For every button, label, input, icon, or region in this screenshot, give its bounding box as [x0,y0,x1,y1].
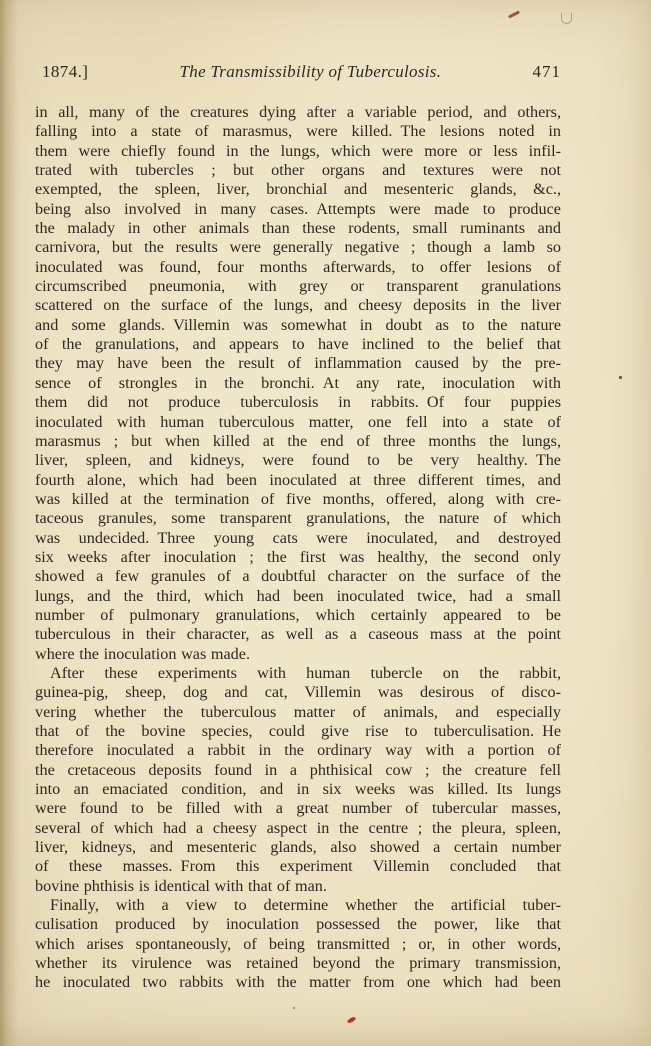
text-line: guinea-pig, sheep, dog and cat, Villemin… [35,683,561,702]
text-line: the cretaceous deposits found in a phthi… [35,761,561,780]
text-line: inoculated with human tuberculous matter… [35,413,561,432]
paper-speck [619,376,622,379]
text-line: vering whether the tuberculous matter of… [35,703,561,722]
text-line: After these experiments with human tuber… [35,664,561,683]
text-line: which arises spontaneously, of being tra… [35,935,561,954]
page-content: 1874.] The Transmissibility of Tuberculo… [35,62,561,993]
text-line: of the granulations, and appears to have… [35,335,561,354]
page-body: in all, many of the creatures dying afte… [35,103,561,993]
text-line: marasmus ; but when killed at the end of… [35,432,561,451]
text-line: the malady in other animals than these r… [35,219,561,238]
page-left-edge-shadow [0,0,18,1046]
text-line: was killed at the termination of five mo… [35,490,561,509]
text-line: liver, spleen, and kidneys, were found t… [35,451,561,470]
text-line: them were chiefly found in the lungs, wh… [35,142,561,161]
text-line: number of pulmonary granulations, which … [35,606,561,625]
text-line: scattered on the surface of the lungs, a… [35,296,561,315]
red-ink-mark-bottom [347,1016,357,1024]
text-line: Finally, with a view to determine whethe… [35,896,561,915]
text-line: being also involved in many cases. Attem… [35,200,561,219]
text-line: exempted, the spleen, liver, bronchial a… [35,180,561,199]
text-line: inoculated was found, four months afterw… [35,258,561,277]
text-line: that of the bovine species, could give r… [35,722,561,741]
red-ink-mark-top [508,10,520,18]
text-line: bovine phthisis is identical with that o… [35,877,561,896]
paragraph: Finally, with a view to determine whethe… [35,896,561,993]
paragraph: After these experiments with human tuber… [35,664,561,896]
text-line: of these masses. From this experiment Vi… [35,857,561,876]
text-line: carnivora, but the results were generall… [35,238,561,257]
text-line: several of which had a cheesy aspect in … [35,819,561,838]
paper-speck [293,1007,295,1009]
text-line: where the inoculation was made. [35,645,561,664]
text-line: them did not produce tuberculosis in rab… [35,393,561,412]
text-line: falling into a state of marasmus, were k… [35,122,561,141]
text-line: trated with tubercles ; but other organs… [35,161,561,180]
text-line: tuberculous in their character, as well … [35,625,561,644]
text-line: sence of strongles in the bronchi. At an… [35,374,561,393]
text-line: in all, many of the creatures dying afte… [35,103,561,122]
text-line: they may have been the result of inflamm… [35,354,561,373]
text-line: he inoculated two rabbits with the matte… [35,973,561,992]
book-page-scan: 1874.] The Transmissibility of Tuberculo… [0,0,651,1046]
year-label: 1874.] [42,62,88,82]
text-line: was undecided. Three young cats were ino… [35,529,561,548]
text-line: lungs, and the third, which had been ino… [35,587,561,606]
text-line: therefore inoculated a rabbit in the ord… [35,741,561,760]
text-line: showed a few granules of a doubtful char… [35,567,561,586]
text-line: whether its virulence was retained beyon… [35,954,561,973]
page-header: 1874.] The Transmissibility of Tuberculo… [35,62,561,82]
page-number: 471 [533,62,562,82]
text-line: culisation produced by inoculation posse… [35,915,561,934]
text-line: liver, kidneys, and mesenteric glands, a… [35,838,561,857]
text-line: circumscribed pneumonia, with grey or tr… [35,277,561,296]
pencil-u-mark [561,13,572,24]
page-title: The Transmissibility of Tuberculosis. [88,62,532,82]
text-line: into an emaciated condition, and in six … [35,780,561,799]
text-line: were found to be filled with a great num… [35,799,561,818]
text-line: and some glands. Villemin was somewhat i… [35,316,561,335]
text-line: six weeks after inoculation ; the first … [35,548,561,567]
text-line: taceous granules, some transparent granu… [35,509,561,528]
paragraph: in all, many of the creatures dying afte… [35,103,561,664]
text-line: fourth alone, which had been inoculated … [35,471,561,490]
